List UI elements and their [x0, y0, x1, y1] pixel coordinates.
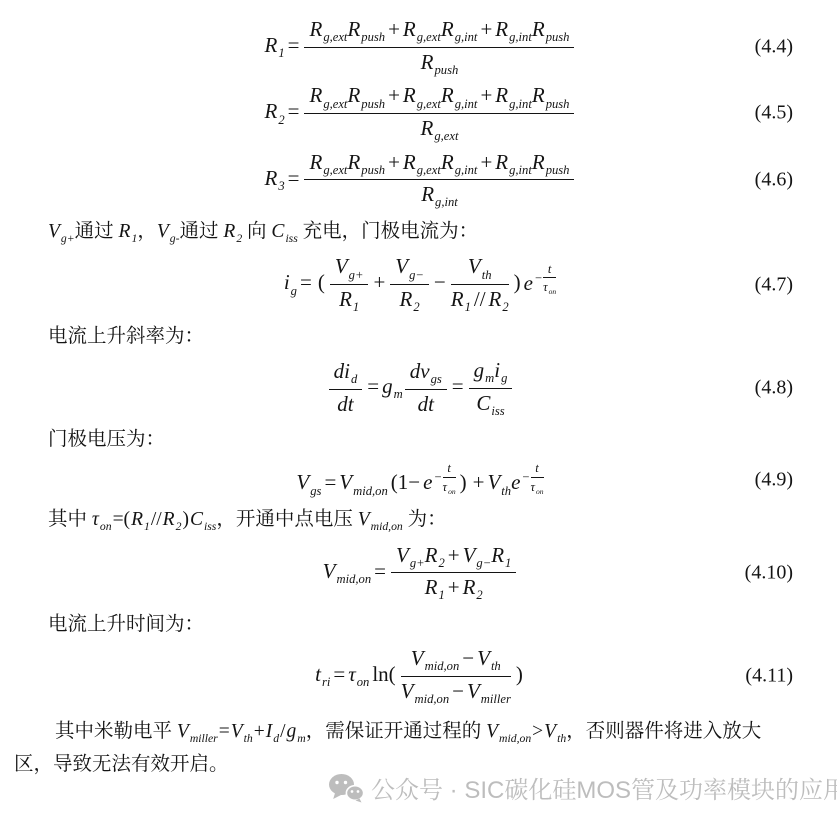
math-operator: +: [477, 17, 495, 41]
math-var: t: [535, 461, 539, 475]
math-var: R1: [425, 575, 445, 599]
math-fraction: VthR1//R2: [449, 253, 511, 315]
math-operator: =: [330, 662, 348, 686]
math-var: Vth: [231, 721, 253, 742]
fraction-denominator: τon: [443, 478, 456, 497]
math-var: τon: [531, 480, 544, 494]
fraction-numerator: t: [443, 460, 456, 477]
power-base: e: [423, 470, 432, 494]
equation-number: (4.11): [745, 665, 793, 688]
math-var: Id: [266, 721, 279, 742]
math-operator: +: [370, 270, 388, 294]
math-var: Vth: [477, 646, 501, 670]
math-subscript: g+: [61, 232, 75, 245]
math-fraction: Vg−R2: [388, 253, 431, 315]
math-fraction: dvgsdt: [403, 358, 449, 418]
math-power: e−tτon: [511, 460, 545, 496]
math-fraction: Vg+R2+Vg−R1R1+R2: [389, 542, 518, 604]
math-var: Rpush: [532, 17, 570, 41]
math-subscript: push: [546, 97, 570, 111]
math-var: τon: [543, 280, 556, 294]
equation: Vmid,on=Vg+R2+Vg−R1R1+R2: [323, 542, 519, 604]
fraction-numerator: dvgs: [405, 358, 447, 390]
power-exponent: −tτon: [434, 460, 456, 496]
math-var: t: [548, 262, 552, 276]
math-subscript: g−: [409, 268, 424, 282]
math-operator: /: [279, 721, 286, 742]
math-operator: +: [477, 150, 495, 174]
math-subscript: push: [546, 30, 570, 44]
math-operator: −: [522, 470, 529, 484]
math-operator: −: [459, 646, 477, 670]
math-var: Vg+: [396, 543, 425, 567]
equation: R2=Rg,extRpush+Rg,extRg,int+Rg,intRpushR…: [265, 82, 577, 144]
fraction-denominator: Rg,ext: [304, 114, 574, 145]
equation-number: (4.4): [755, 36, 793, 59]
power-exponent: −tτon: [535, 261, 557, 297]
math-var: Rg,int: [495, 150, 532, 174]
math-var: R2: [489, 287, 509, 311]
math-operator: ): [511, 270, 524, 294]
math-var: Vg-: [157, 221, 180, 242]
math-var: Ciss: [476, 391, 504, 415]
math-subscript: g,ext: [323, 97, 347, 111]
text-run: 其中米勒电平: [55, 721, 177, 742]
math-subscript: on: [549, 287, 557, 296]
math-fraction: Rg,extRpush+Rg,extRg,int+Rg,intRpushRpus…: [302, 16, 576, 78]
math-operator: +: [385, 83, 403, 107]
paragraph-current-slope: 电流上升斜率为：: [48, 321, 793, 352]
fraction-denominator: Rg,int: [304, 180, 574, 211]
math-var: e: [511, 470, 520, 494]
math-operator: +: [385, 150, 403, 174]
math-subscript: push: [361, 163, 385, 177]
math-fraction: Rg,extRpush+Rg,extRg,int+Rg,intRpushRg,e…: [302, 82, 576, 144]
math-var: Rg,ext: [309, 17, 347, 41]
math-subscript: g,ext: [323, 30, 347, 44]
math-var: Vmid,on: [339, 470, 387, 494]
power-base: e: [511, 470, 520, 494]
math-operator: −: [449, 679, 467, 703]
math-subscript: 1: [144, 520, 150, 533]
fraction-denominator: R2: [390, 285, 429, 316]
math-var: R2: [425, 543, 445, 567]
math-subscript: 1: [278, 46, 284, 60]
fraction-denominator: R1//R2: [451, 285, 509, 316]
math-subscript: on: [448, 487, 456, 496]
math-subscript: th: [557, 732, 566, 745]
math-operator: +: [445, 543, 463, 567]
math-var: Rg,ext: [403, 150, 441, 174]
math-var: Vmid,on: [358, 509, 403, 530]
fraction-numerator: Rg,extRpush+Rg,extRg,int+Rg,intRpush: [304, 16, 574, 48]
math-var: R2: [163, 509, 182, 530]
equation-row-4-4: R1=Rg,extRpush+Rg,extRg,int+Rg,intRpushR…: [48, 16, 793, 78]
math-subscript: push: [361, 97, 385, 111]
math-subscript: th: [501, 484, 511, 498]
fraction-denominator: R1+R2: [391, 573, 516, 604]
text-run: ，: [137, 221, 157, 242]
math-subscript: g,int: [509, 97, 532, 111]
math-var: Rpush: [532, 150, 570, 174]
math-subscript: miller: [190, 732, 218, 745]
fraction-denominator: dt: [405, 390, 447, 418]
math-var: gm: [382, 374, 403, 398]
math-operator: ): [457, 470, 470, 494]
math-var: e: [423, 470, 432, 494]
text-run: 充电，门极电流为：: [298, 221, 478, 242]
math-var: R2: [400, 287, 420, 311]
math-var: Vth: [544, 721, 566, 742]
equation-row-4-8: diddt=gmdvgsdt=gmigCiss (4.8): [48, 357, 793, 419]
math-subscript: on: [536, 487, 544, 496]
equation-row-4-10: Vmid,on=Vg+R2+Vg−R1R1+R2 (4.10): [48, 542, 793, 604]
math-var: Rg,ext: [403, 17, 441, 41]
fraction-numerator: Rg,extRpush+Rg,extRg,int+Rg,intRpush: [304, 82, 574, 114]
math-var: ig: [494, 358, 507, 382]
math-operator: +: [253, 721, 266, 742]
math-var: Ciss: [271, 221, 297, 242]
math-var: Rg,int: [495, 17, 532, 41]
equation: Vgs=Vmid,on(1−e−tτon)+Vthe−tτon: [296, 460, 544, 499]
math-subscript: m: [297, 732, 305, 745]
math-var: dt: [418, 392, 434, 416]
math-subscript: 2: [438, 556, 444, 570]
fraction-numerator: Vg−: [390, 253, 429, 285]
math-operator: =: [285, 99, 303, 123]
fraction-denominator: τon: [531, 478, 544, 497]
math-var: R1: [265, 33, 285, 57]
math-subscript: g-: [170, 232, 180, 245]
math-subscript: push: [361, 30, 385, 44]
math-subscript: g: [501, 371, 507, 385]
math-var: Rpush: [532, 83, 570, 107]
text-run: 其中: [48, 509, 92, 530]
equation-row-4-7: ig=(Vg+R1+Vg−R2−VthR1//R2)e−tτon (4.7): [48, 253, 793, 315]
math-power: e−tτon: [423, 460, 457, 496]
math-subscript: g,ext: [417, 30, 441, 44]
equation-row-4-11: tri=τonln(Vmid,on−VthVmid,on−Vmiller) (4…: [48, 645, 793, 707]
text-run: 向: [242, 221, 271, 242]
document-content: R1=Rg,extRpush+Rg,extRg,int+Rg,intRpushR…: [0, 0, 837, 780]
math-fraction: gmigCiss: [467, 357, 515, 419]
math-operator: ln(: [369, 662, 398, 686]
math-var: t: [447, 461, 451, 475]
equation-row-4-5: R2=Rg,extRpush+Rg,extRg,int+Rg,intRpushR…: [48, 82, 793, 144]
math-operator: −: [434, 470, 441, 484]
math-subscript: g,ext: [434, 129, 458, 143]
math-var: Rpush: [347, 83, 385, 107]
math-var: R3: [265, 166, 285, 190]
math-var: Rg,int: [421, 182, 458, 206]
equation-number: (4.5): [755, 102, 793, 125]
math-operator: +: [470, 470, 488, 494]
text-run: 通过: [75, 221, 119, 242]
equation-number: (4.7): [755, 273, 793, 296]
math-subscript: mid,on: [499, 732, 531, 745]
math-var: R1: [131, 509, 150, 530]
math-subscript: 2: [476, 588, 482, 602]
math-operator: //: [150, 509, 163, 530]
math-operator: =: [218, 721, 231, 742]
math-subscript: mid,on: [425, 659, 460, 673]
math-operator: =: [449, 374, 467, 398]
paragraph-rise-time: 电流上升时间为：: [48, 609, 793, 640]
math-var: Vth: [468, 254, 492, 278]
watermark-text: 公众号 · SIC碳化硅MOS管及功率模块的应用: [371, 770, 837, 805]
math-subscript: d: [351, 372, 357, 386]
wechat-icon: [328, 773, 364, 803]
math-subscript: g−: [476, 556, 491, 570]
equation-row-4-9: Vgs=Vmid,on(1−e−tτon)+Vthe−tτon (4.9): [48, 460, 793, 499]
math-subscript: g,ext: [323, 163, 347, 177]
math-var: R1: [491, 543, 511, 567]
math-var: R2: [463, 575, 483, 599]
math-subscript: g,int: [455, 30, 478, 44]
math-var: τon: [443, 480, 456, 494]
text-run: 电流上升斜率为：: [48, 326, 204, 347]
math-operator: −: [431, 270, 449, 294]
math-subscript: gs: [310, 484, 321, 498]
math-subscript: 2: [278, 113, 284, 127]
math-var: did: [334, 359, 358, 383]
equation: diddt=gmdvgsdt=gmigCiss: [327, 357, 515, 419]
fraction-denominator: τon: [543, 278, 556, 297]
math-fraction: diddt: [327, 358, 365, 418]
math-subscript: 1: [505, 556, 511, 570]
math-subscript: th: [482, 268, 492, 282]
text-run: ，开通中点电压: [216, 509, 357, 530]
math-subscript: 2: [502, 300, 508, 314]
text-run: ，需保证开通过程的: [306, 721, 486, 742]
math-subscript: 3: [278, 179, 284, 193]
math-power: e−tτon: [524, 261, 558, 297]
math-var: Vmid,on: [401, 679, 449, 703]
math-var: dt: [337, 392, 353, 416]
math-subscript: iss: [204, 520, 216, 533]
watermark: 公众号 · SIC碳化硅MOS管及功率模块的应用: [328, 770, 837, 805]
math-subscript: push: [435, 63, 459, 77]
math-var: Vth: [487, 470, 511, 494]
math-subscript: th: [491, 659, 501, 673]
fraction-denominator: dt: [329, 390, 363, 418]
paragraph-gate-voltage: 门极电压为：: [48, 424, 793, 455]
math-subscript: g,ext: [417, 163, 441, 177]
math-subscript: on: [100, 520, 112, 533]
math-subscript: m: [394, 387, 403, 401]
math-var: Vmiller: [177, 721, 218, 742]
fraction-numerator: Vth: [451, 253, 509, 285]
math-operator: +: [445, 575, 463, 599]
fraction-numerator: Rg,extRpush+Rg,extRg,int+Rg,intRpush: [304, 149, 574, 181]
math-var: Rpush: [347, 17, 385, 41]
text-run: 为：: [403, 509, 447, 530]
math-subscript: miller: [481, 692, 511, 706]
math-operator: =: [364, 374, 382, 398]
math-subscript: 1: [438, 588, 444, 602]
math-var: Rg,int: [441, 17, 478, 41]
math-operator: =: [297, 270, 315, 294]
math-var: gm: [474, 358, 495, 382]
fraction-numerator: Vg+: [330, 253, 369, 285]
text-run: 通过: [180, 221, 224, 242]
math-subscript: g,int: [455, 97, 478, 111]
math-var: Rpush: [347, 150, 385, 174]
math-var: Vmid,on: [411, 646, 459, 670]
math-subscript: g,int: [509, 163, 532, 177]
math-subscript: 2: [413, 300, 419, 314]
equation-number: (4.10): [745, 561, 793, 584]
math-fraction: tτon: [442, 460, 457, 496]
math-var: Vg+: [48, 221, 75, 242]
math-var: Vgs: [296, 470, 321, 494]
math-fraction: Vg+R1: [328, 253, 371, 315]
equation: R1=Rg,extRpush+Rg,extRg,int+Rg,intRpushR…: [265, 16, 577, 78]
text-run: 门极电压为：: [48, 429, 165, 450]
math-var: R2: [223, 221, 242, 242]
fraction-numerator: did: [329, 358, 363, 390]
paragraph-charge-intro: Vg+通过 R1，Vg-通过 R2 向 Ciss 充电，门极电流为：: [48, 216, 793, 249]
equation-number: (4.9): [755, 468, 793, 491]
fraction-denominator: Ciss: [469, 389, 513, 420]
math-var: τon: [348, 662, 369, 686]
math-operator: +: [477, 83, 495, 107]
math-subscript: g,ext: [417, 97, 441, 111]
equation-number: (4.8): [755, 377, 793, 400]
math-subscript: iss: [285, 232, 297, 245]
math-subscript: m: [485, 371, 494, 385]
math-var: R1: [119, 221, 138, 242]
math-operator: >: [531, 721, 544, 742]
math-subscript: mid,on: [414, 692, 449, 706]
math-subscript: push: [546, 163, 570, 177]
math-var: Rg,int: [441, 83, 478, 107]
math-var: tri: [315, 662, 330, 686]
math-var: Rg,ext: [421, 116, 459, 140]
math-var: τon: [92, 509, 112, 530]
equation: tri=τonln(Vmid,on−VthVmid,on−Vmiller): [315, 645, 526, 707]
equation-row-4-6: R3=Rg,extRpush+Rg,extRg,int+Rg,intRpushR…: [48, 149, 793, 211]
math-var: Vmiller: [467, 679, 511, 703]
math-subscript: iss: [491, 404, 504, 418]
math-var: Rg,ext: [403, 83, 441, 107]
math-fraction: tτon: [542, 261, 557, 297]
math-var: Vmid,on: [486, 721, 531, 742]
math-var: Vmid,on: [323, 559, 371, 583]
math-subscript: g+: [349, 268, 364, 282]
paragraph-tau-midpoint: 其中 τon=(R1//R2)Ciss，开通中点电压 Vmid,on 为：: [48, 504, 793, 537]
fraction-denominator: Vmid,on−Vmiller: [401, 677, 511, 708]
math-operator: =: [321, 470, 339, 494]
math-operator: //: [471, 287, 489, 311]
fraction-numerator: Vg+R2+Vg−R1: [391, 542, 516, 574]
fraction-numerator: t: [531, 460, 544, 477]
math-operator: (1−: [388, 470, 423, 494]
fraction-denominator: R1: [330, 285, 369, 316]
math-var: Rg,ext: [309, 83, 347, 107]
fraction-denominator: Rpush: [304, 48, 574, 79]
math-subscript: 1: [465, 300, 471, 314]
math-subscript: mid,on: [337, 572, 372, 586]
math-subscript: th: [244, 732, 253, 745]
power-exponent: −tτon: [522, 460, 544, 496]
math-var: R1: [339, 287, 359, 311]
math-var: Vg+: [335, 254, 364, 278]
math-subscript: g,int: [509, 30, 532, 44]
math-var: Rpush: [421, 50, 459, 74]
math-fraction: Vmid,on−VthVmid,on−Vmiller: [399, 645, 513, 707]
math-subscript: 1: [353, 300, 359, 314]
math-subscript: g,int: [435, 195, 458, 209]
math-fraction: Rg,extRpush+Rg,extRg,int+Rg,intRpushRg,i…: [302, 149, 576, 211]
math-operator: =: [371, 559, 389, 583]
math-operator: =(: [112, 509, 132, 530]
math-var: gm: [287, 721, 306, 742]
document-page: { "page": {"background": "#ffffff", "tex…: [0, 0, 837, 820]
math-operator: −: [535, 271, 542, 285]
fraction-numerator: t: [543, 261, 556, 278]
math-subscript: gs: [431, 372, 442, 386]
math-var: Vg−: [395, 254, 424, 278]
math-var: dvgs: [410, 359, 442, 383]
math-subscript: mid,on: [353, 484, 388, 498]
equation: R3=Rg,extRpush+Rg,extRg,int+Rg,intRpushR…: [265, 149, 577, 211]
math-var: Rg,ext: [309, 150, 347, 174]
math-var: Ciss: [190, 509, 216, 530]
math-fraction: tτon: [530, 460, 545, 496]
fraction-numerator: Vmid,on−Vth: [401, 645, 511, 677]
math-operator: (: [315, 270, 328, 294]
math-subscript: g+: [410, 556, 425, 570]
math-operator: =: [285, 33, 303, 57]
text-run: 电流上升时间为：: [48, 614, 204, 635]
math-var: e: [524, 270, 533, 294]
math-var: R2: [265, 99, 285, 123]
equation: ig=(Vg+R1+Vg−R2−VthR1//R2)e−tτon: [284, 253, 557, 315]
math-operator: =: [285, 166, 303, 190]
power-base: e: [524, 270, 533, 294]
math-operator: +: [385, 17, 403, 41]
math-var: Rg,int: [441, 150, 478, 174]
equation-number: (4.6): [755, 168, 793, 191]
math-var: R1: [451, 287, 471, 311]
math-var: Vg−: [463, 543, 492, 567]
fraction-numerator: gmig: [469, 357, 513, 389]
math-subscript: mid,on: [371, 520, 403, 533]
math-subscript: on: [357, 675, 370, 689]
math-subscript: g,int: [455, 163, 478, 177]
math-var: Rg,int: [495, 83, 532, 107]
math-var: ig: [284, 270, 297, 294]
math-operator: ): [181, 509, 190, 530]
math-operator: ): [513, 662, 526, 686]
